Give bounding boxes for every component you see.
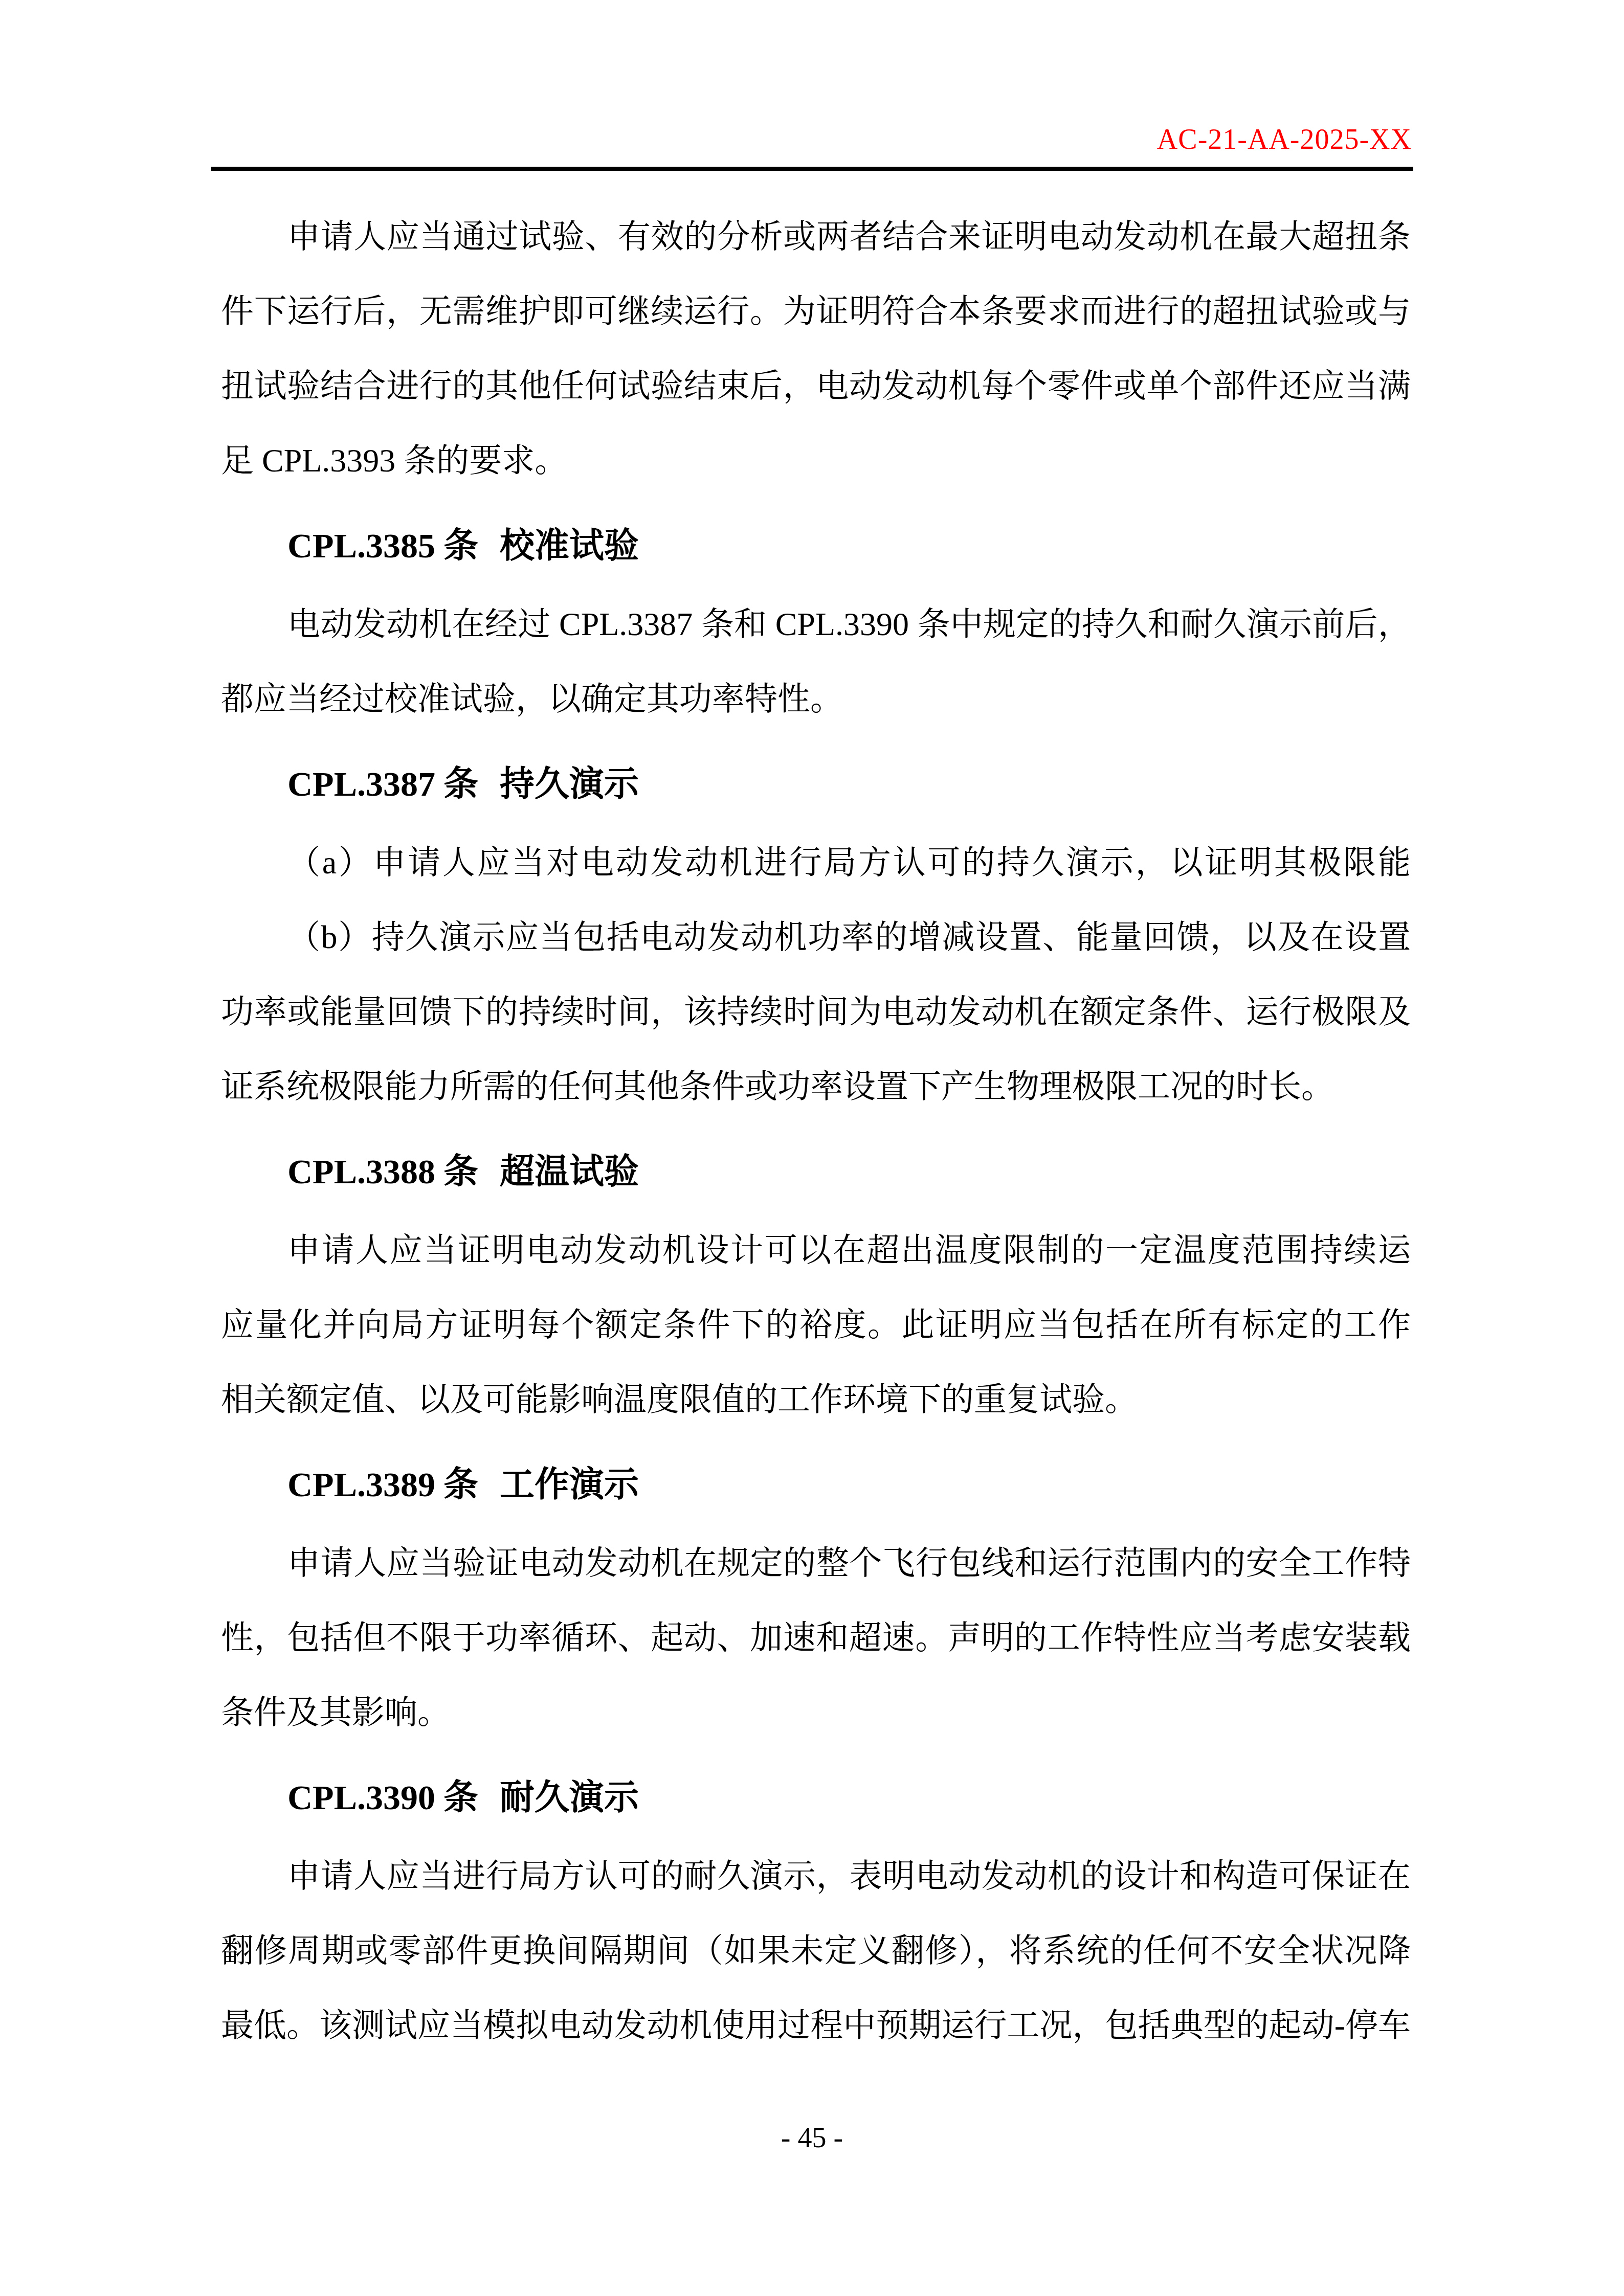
heading-title: 超温试验 bbox=[500, 1152, 639, 1191]
heading-code: CPL.3385 bbox=[287, 526, 435, 565]
text-line: 申请人应当验证电动发动机在规定的整个飞行包线和运行范围内的安全工作特 bbox=[221, 1526, 1411, 1601]
heading-unit: 条 bbox=[443, 1465, 478, 1504]
heading-title: 耐久演示 bbox=[500, 1778, 639, 1817]
text-line: 都应当经过校准试验，以确定其功率特性。 bbox=[221, 662, 1411, 736]
text-line: 申请人应当证明电动发动机设计可以在超出温度限制的一定温度范围持续运转， bbox=[221, 1213, 1411, 1288]
paragraph: 申请人应当证明电动发动机设计可以在超出温度限制的一定温度范围持续运转， 应量化并… bbox=[221, 1213, 1411, 1437]
heading-title: 校准试验 bbox=[500, 526, 639, 565]
text-line: （a）申请人应当对电动发动机进行局方认可的持久演示，以证明其极限能力。 bbox=[221, 825, 1411, 900]
text-line: 翻修周期或零部件更换间隔期间（如果未定义翻修），将系统的任何不安全状况降至 bbox=[221, 1914, 1411, 1988]
text-line: 申请人应当通过试验、有效的分析或两者结合来证明电动发动机在最大超扭条 bbox=[221, 199, 1411, 274]
heading-code: CPL.3388 bbox=[287, 1152, 435, 1191]
section-heading: CPL.3385条校准试验 bbox=[221, 508, 1411, 583]
text-line: 足 CPL.3393 条的要求。 bbox=[221, 423, 1411, 498]
heading-unit: 条 bbox=[443, 526, 478, 565]
text-line: 件下运行后，无需维护即可继续运行。为证明符合本条要求而进行的超扭试验或与超 bbox=[221, 274, 1411, 349]
text-line: 最低。该测试应当模拟电动发动机使用过程中预期运行工况，包括典型的起动-停车 bbox=[221, 1988, 1411, 2063]
heading-unit: 条 bbox=[443, 764, 478, 803]
paragraph: 申请人应当通过试验、有效的分析或两者结合来证明电动发动机在最大超扭条 件下运行后… bbox=[221, 199, 1411, 498]
heading-title: 工作演示 bbox=[500, 1465, 639, 1504]
document-body: 申请人应当通过试验、有效的分析或两者结合来证明电动发动机在最大超扭条 件下运行后… bbox=[221, 199, 1411, 2063]
paragraph: 电动发动机在经过 CPL.3387 条和 CPL.3390 条中规定的持久和耐久… bbox=[221, 587, 1411, 736]
text-line: 应量化并向局方证明每个额定条件下的裕度。此证明应当包括在所有标定的工作制、 bbox=[221, 1288, 1411, 1362]
heading-code: CPL.3389 bbox=[287, 1465, 435, 1504]
heading-code: CPL.3390 bbox=[287, 1778, 435, 1817]
section-heading: CPL.3389条工作演示 bbox=[221, 1447, 1411, 1522]
heading-unit: 条 bbox=[443, 1778, 478, 1817]
text-line: 电动发动机在经过 CPL.3387 条和 CPL.3390 条中规定的持久和耐久… bbox=[221, 587, 1411, 662]
text-line: （b）持久演示应当包括电动发动机功率的增减设置、能量回馈，以及在设置的 bbox=[221, 900, 1411, 975]
text-line: 证系统极限能力所需的任何其他条件或功率设置下产生物理极限工况的时长。 bbox=[221, 1049, 1411, 1124]
heading-title: 持久演示 bbox=[500, 764, 639, 803]
text-line: 扭试验结合进行的其他任何试验结束后，电动发动机每个零件或单个部件还应当满 bbox=[221, 349, 1411, 423]
section-heading: CPL.3390条耐久演示 bbox=[221, 1760, 1411, 1835]
heading-unit: 条 bbox=[443, 1152, 478, 1191]
text-line: 功率或能量回馈下的持续时间，该持续时间为电动发动机在额定条件、运行极限及验 bbox=[221, 975, 1411, 1049]
text-line: 条件及其影响。 bbox=[221, 1675, 1411, 1750]
paragraph: 申请人应当进行局方认可的耐久演示，表明电动发动机的设计和构造可保证在 翻修周期或… bbox=[221, 1839, 1411, 2063]
paragraph: （a）申请人应当对电动发动机进行局方认可的持久演示，以证明其极限能力。 bbox=[221, 825, 1411, 900]
header-rule bbox=[211, 167, 1413, 171]
doc-number: AC-21-AA-2025-XX bbox=[1157, 124, 1412, 156]
text-line: 性，包括但不限于功率循环、起动、加速和超速。声明的工作特性应当考虑安装载荷 bbox=[221, 1601, 1411, 1675]
page-number: - 45 - bbox=[0, 2121, 1624, 2155]
text-line: 相关额定值、以及可能影响温度限值的工作环境下的重复试验。 bbox=[221, 1362, 1411, 1437]
heading-code: CPL.3387 bbox=[287, 764, 435, 803]
section-heading: CPL.3388条超温试验 bbox=[221, 1134, 1411, 1209]
section-heading: CPL.3387条持久演示 bbox=[221, 747, 1411, 821]
paragraph: （b）持久演示应当包括电动发动机功率的增减设置、能量回馈，以及在设置的 功率或能… bbox=[221, 900, 1411, 1124]
text-line: 申请人应当进行局方认可的耐久演示，表明电动发动机的设计和构造可保证在 bbox=[221, 1839, 1411, 1914]
paragraph: 申请人应当验证电动发动机在规定的整个飞行包线和运行范围内的安全工作特 性，包括但… bbox=[221, 1526, 1411, 1750]
document-page: AC-21-AA-2025-XX 申请人应当通过试验、有效的分析或两者结合来证明… bbox=[0, 0, 1624, 2296]
